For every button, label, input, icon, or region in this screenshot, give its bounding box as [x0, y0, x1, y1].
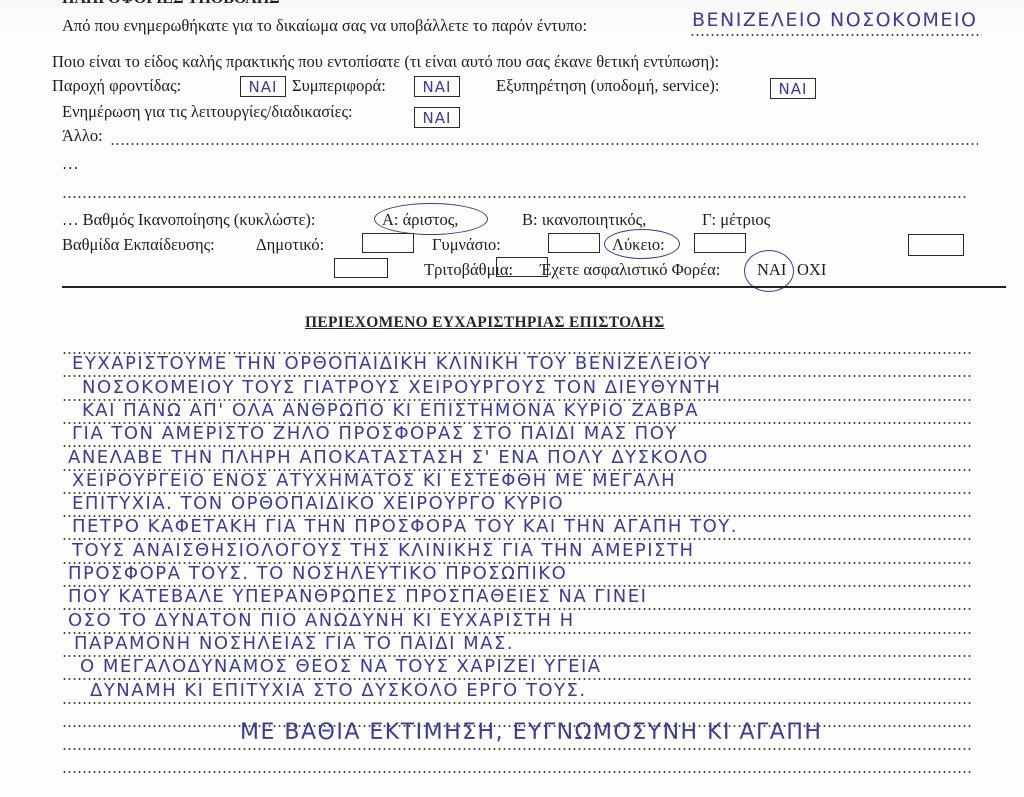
education-option-primary: Δημοτικό: [256, 235, 324, 255]
insurance-option-no[interactable]: ΟΧΙ [797, 260, 826, 280]
letter-handwritten-line: ΔΥΝΑΜΗ ΚΙ ΕΠΙΤΥΧΙΑ ΣΤΟ ΔΥΣΚΟΛΟ ΕΡΓΟ ΤΟΥΣ… [90, 680, 587, 701]
letter-handwritten-line: ΠΕΤΡΟ ΚΑΦΕΤΑΚΗ ΓΙΑ ΤΗΝ ΠΡΟΣΦΟΡΑ ΤΟΥ ΚΑΙ … [72, 516, 738, 537]
letter-ruled-line [62, 748, 972, 750]
behavior-label: Συμπεριφορά: [292, 76, 386, 96]
letter-handwritten-line: ΝΟΣΟΚΟΜΕΙΟΥ ΤΟΥΣ ΓΙΑΤΡΟΥΣ ΧΕΙΡΟΥΡΓΟΥΣ ΤΟ… [82, 377, 721, 398]
care-checkbox[interactable]: ΝΑΙ [240, 76, 286, 97]
education-tertiary-checkbox[interactable] [334, 258, 388, 278]
other-dotted-line-2[interactable] [62, 196, 968, 198]
letter-handwritten-line: ΠΡΟΣΦΟΡΑ ΤΟΥΣ. ΤΟ ΝΟΣΗΛΕΥΤΙΚΟ ΠΡΟΣΩΠΙΚΟ [68, 563, 567, 584]
letter-handwritten-line: ΠΑΡΑΜΟΝΗ ΝΟΣΗΛΕΙΑΣ ΓΙΑ ΤΟ ΠΑΙΔΙ ΜΑΣ. [74, 633, 514, 654]
education-lyceum-checkbox[interactable] [694, 233, 746, 253]
education-label: Βαθμίδα Εκπαίδευσης: [62, 235, 215, 255]
letter-title: ΠΕΡΙΕΧΟΜΕΝΟ ΕΥΧΑΡΙΣΤΗΡΙΑΣ ΕΠΙΣΤΟΛΗΣ [305, 314, 665, 332]
service-checkbox[interactable]: ΝΑΙ [770, 78, 816, 99]
scanned-form-page: ΠΛΗΡΟΦΟΡΙΕΣ ΥΠΟΒΟΛΗΣ Από που ενημερωθήκα… [0, 0, 1024, 797]
letter-handwritten-line: ΑΝΕΛΑΒΕ ΤΗΝ ΠΛΗΡΗ ΑΠΟΚΑΤΑΣΤΑΣΗ Σ' ΕΝΑ ΠΟ… [68, 447, 709, 468]
selected-circle-mark [604, 229, 680, 259]
letter-handwritten-line: ΓΙΑ ΤΟΝ ΑΜΕΡΙΣΤΟ ΖΗΛΟ ΠΡΟΣΦΟΡΑΣ ΣΤΟ ΠΑΙΔ… [72, 423, 678, 444]
info-label: Ενημέρωση για τις λειτουργίες/διαδικασίε… [62, 102, 353, 122]
education-option-gymnasium: Γυμνάσιο: [432, 235, 501, 255]
education-gymnasium-checkbox[interactable] [548, 233, 600, 253]
source-answer-dotted-line [690, 34, 982, 36]
service-label: Εξυπηρέτηση (υποδομή, service): [496, 76, 719, 96]
letter-handwritten-line: Ο ΜΕΓΑΛΟΔΥΝΑΜΟΣ ΘΕΟΣ ΝΑ ΤΟΥΣ ΧΑΡΙΖΕΙ ΥΓΕ… [80, 656, 602, 677]
insurance-label: Έχετε ασφαλιστικό Φορέα: [540, 260, 720, 280]
source-answer-handwritten[interactable]: ΒΕΝΙΖΕΛΕΙΟ ΝΟΣΟΚΟΜΕΙΟ [692, 9, 977, 31]
other-label: Άλλο: [62, 126, 103, 146]
letter-handwritten-line: ΟΣΟ ΤΟ ΔΥΝΑΤΟΝ ΠΙΟ ΑΝΩΔΥΝΗ ΚΙ ΕΥΧΑΡΙΣΤΗ … [68, 610, 575, 631]
section-divider [62, 286, 1006, 288]
letter-handwritten-line: ΜΕ ΒΑΘΙΑ ΕΚΤΙΜΗΣΗ, ΕΥΓΝΩΜΟΣΥΝΗ ΚΙ ΑΓΑΠΗ [240, 720, 822, 745]
satisfaction-option-c[interactable]: Γ: μέτριος [702, 210, 770, 230]
education-primary-checkbox[interactable] [362, 233, 414, 253]
letter-handwritten-line: ΕΥΧΑΡΙΣΤΟΥΜΕ ΤΗΝ ΟΡΘΟΠΑΙΔΙΚΗ ΚΛΙΝΙΚΗ ΤΟΥ… [72, 353, 712, 374]
selected-circle-mark [374, 203, 488, 235]
behavior-checkbox[interactable]: ΝΑΙ [414, 76, 460, 97]
satisfaction-label: … Βαθμός Ικανοποίησης (κυκλώστε): [62, 210, 315, 230]
letter-handwritten-line: ΠΟΥ ΚΑΤΕΒΑΛΕ ΥΠΕΡΑΝΘΡΩΠΕΣ ΠΡΟΣΠΑΘΕΙΕΣ ΝΑ… [68, 586, 647, 607]
letter-ruled-line [62, 771, 972, 773]
letter-ruled-line [62, 702, 972, 704]
letter-handwritten-line: ΤΟΥΣ ΑΝΑΙΣΘΗΣΙΟΛΟΓΟΥΣ ΤΗΣ ΚΛΙΝΙΚΗΣ ΓΙΑ Τ… [72, 540, 694, 561]
care-label: Παροχή φροντίδας: [52, 76, 181, 96]
satisfaction-option-b[interactable]: Β: ικανοποιητικός, [522, 210, 646, 230]
letter-handwritten-line: ΕΠΙΤΥΧΙΑ. ΤΟΝ ΟΡΘΟΠΑΙΔΙΚΟ ΧΕΙΡΟΥΡΓΟ ΚΥΡΙ… [72, 493, 564, 514]
practice-question-label: Ποιο είναι το είδος καλής πρακτικής που … [52, 52, 719, 72]
education-extra-checkbox[interactable] [908, 234, 964, 256]
other-ellipsis: … [62, 154, 79, 174]
cutoff-section-header: ΠΛΗΡΟΦΟΡΙΕΣ ΥΠΟΒΟΛΗΣ [62, 0, 280, 8]
other-dotted-line[interactable] [110, 143, 978, 145]
letter-handwritten-line: ΧΕΙΡΟΥΡΓΕΙΟ ΕΝΟΣ ΑΤΥΧΗΜΑΤΟΣ ΚΙ ΕΣΤΕΦΘΗ Μ… [72, 470, 676, 491]
source-question-label: Από που ενημερωθήκατε για το δικαίωμα σα… [62, 16, 587, 36]
info-checkbox[interactable]: ΝΑΙ [414, 107, 460, 128]
letter-handwritten-line: ΚΑΙ ΠΑΝΩ ΑΠ' ΟΛΑ ΑΝΘΡΩΠΟ ΚΙ ΕΠΙΣΤΗΜΟΝΑ Κ… [82, 400, 699, 421]
